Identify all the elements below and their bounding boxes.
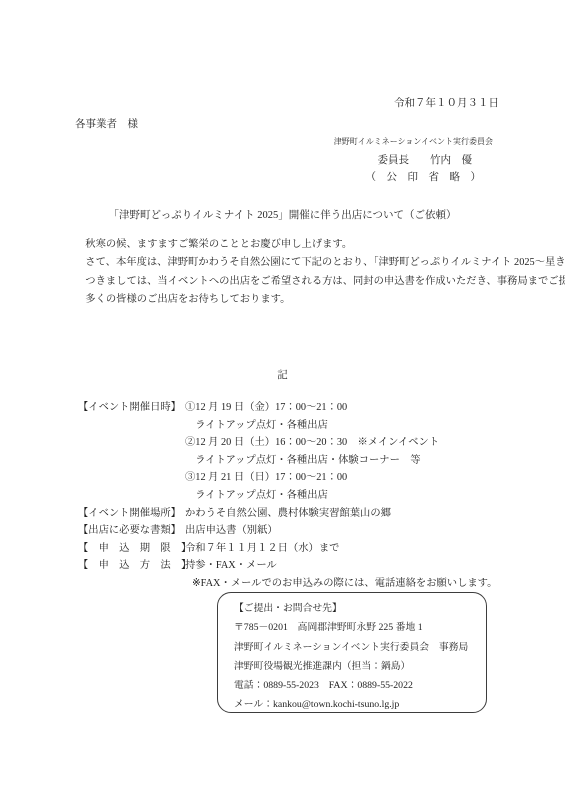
- detail-row-datetime: 【イベント開催日時】 ①12 月 19 日（金）17：00～21：00 ライトア…: [78, 399, 548, 505]
- detail-label: 【出店に必要な書類】: [78, 522, 185, 540]
- detail-line: ①12 月 19 日（金）17：00～21：00: [185, 399, 548, 417]
- body-paragraph-announcement: さて、本年度は、津野町かわうそ自然公園にて下記のとおり、「津野町どっぷりイルミナ…: [75, 254, 501, 272]
- body-text: 秋寒の候、ますますご繁栄のこととお慶び申し上げます。 さて、本年度は、津野町かわ…: [75, 236, 501, 310]
- seal-omitted-note: （ 公 印 省 略 ）: [366, 169, 482, 184]
- detail-label: 【イベント開催日時】: [78, 399, 185, 417]
- issue-date: 令和７年１０月３１日: [394, 95, 499, 110]
- event-details: 【イベント開催日時】 ①12 月 19 日（金）17：00～21：00 ライトア…: [78, 399, 548, 593]
- detail-row-deadline: 【 申 込 期 限 】 令和７年１１月１２日（水）まで: [78, 540, 548, 558]
- sender-organization: 津野町イルミネーションイベント実行委員会: [334, 136, 493, 147]
- contact-heading: 【ご提出・お問合せ先】: [234, 599, 478, 618]
- detail-label: 【 申 込 期 限 】: [78, 540, 185, 558]
- letter-page: 令和７年１０月３１日 各事業者 様 津野町イルミネーションイベント実行委員会 委…: [0, 0, 565, 800]
- detail-values: かわうそ自然公園、農村体験実習館葉山の郷: [185, 505, 548, 523]
- detail-row-location: 【イベント開催場所】 かわうそ自然公園、農村体験実習館葉山の郷: [78, 505, 548, 523]
- addressee: 各事業者 様: [75, 116, 138, 131]
- contact-email: メール：kankou@town.kochi-tsuno.lg.jp: [234, 695, 478, 714]
- detail-row-documents: 【出店に必要な書類】 出店申込書（別紙）: [78, 522, 548, 540]
- contact-organization: 津野町イルミネーションイベント実行委員会 事務局: [234, 638, 478, 657]
- contact-office: 津野町役場観光推進課内（担当：鍋島）: [234, 657, 478, 676]
- document-title: 「津野町どっぷりイルミナイト 2025」開催に伴う出店について（ご依頼）: [0, 207, 565, 222]
- detail-values: 持参・FAX・メール ※FAX・メールでのお申込みの際には、電話連絡をお願いしま…: [185, 557, 548, 592]
- body-paragraph-greeting: 秋寒の候、ますますご繁栄のこととお慶び申し上げます。: [75, 236, 501, 254]
- body-paragraph-closing: 多くの皆様のご出店をお待ちしております。: [75, 291, 501, 309]
- detail-line: ライトアップ点灯・各種出店: [185, 417, 548, 435]
- detail-line: ライトアップ点灯・各種出店・体験コーナー 等: [185, 452, 548, 470]
- detail-line: 令和７年１１月１２日（水）まで: [185, 540, 548, 558]
- detail-label: 【 申 込 方 法 】: [78, 557, 185, 575]
- detail-line: ライトアップ点灯・各種出店: [185, 487, 548, 505]
- detail-line: ②12 月 20 日（土）16：00～20：30 ※メインイベント: [185, 434, 548, 452]
- sender-chairperson: 委員長 竹内 優: [378, 152, 473, 167]
- contact-phone-fax: 電話：0889-55-2023 FAX：0889-55-2022: [234, 676, 478, 695]
- detail-label: 【イベント開催場所】: [78, 505, 185, 523]
- detail-values: 出店申込書（別紙）: [185, 522, 548, 540]
- detail-line: 出店申込書（別紙）: [185, 522, 548, 540]
- body-paragraph-request: つきましては、当イベントへの出店をご希望される方は、同封の申込書を作成いただき、…: [75, 273, 501, 291]
- contact-address: 〒785－0201 高岡郡津野町永野 225 番地 1: [234, 618, 478, 637]
- detail-row-method: 【 申 込 方 法 】 持参・FAX・メール ※FAX・メールでのお申込みの際に…: [78, 557, 548, 592]
- detail-line: ③12 月 21 日（日）17：00～21：00: [185, 469, 548, 487]
- detail-values: 令和７年１１月１２日（水）まで: [185, 540, 548, 558]
- detail-line: かわうそ自然公園、農村体験実習館葉山の郷: [185, 505, 548, 523]
- detail-note-line: ※FAX・メールでのお申込みの際には、電話連絡をお願いします。: [192, 575, 548, 593]
- detail-line: 持参・FAX・メール: [185, 557, 548, 575]
- detail-values: ①12 月 19 日（金）17：00～21：00 ライトアップ点灯・各種出店 ②…: [185, 399, 548, 505]
- contact-box: 【ご提出・お問合せ先】 〒785－0201 高岡郡津野町永野 225 番地 1 …: [217, 592, 487, 713]
- record-marker: 記: [0, 367, 565, 382]
